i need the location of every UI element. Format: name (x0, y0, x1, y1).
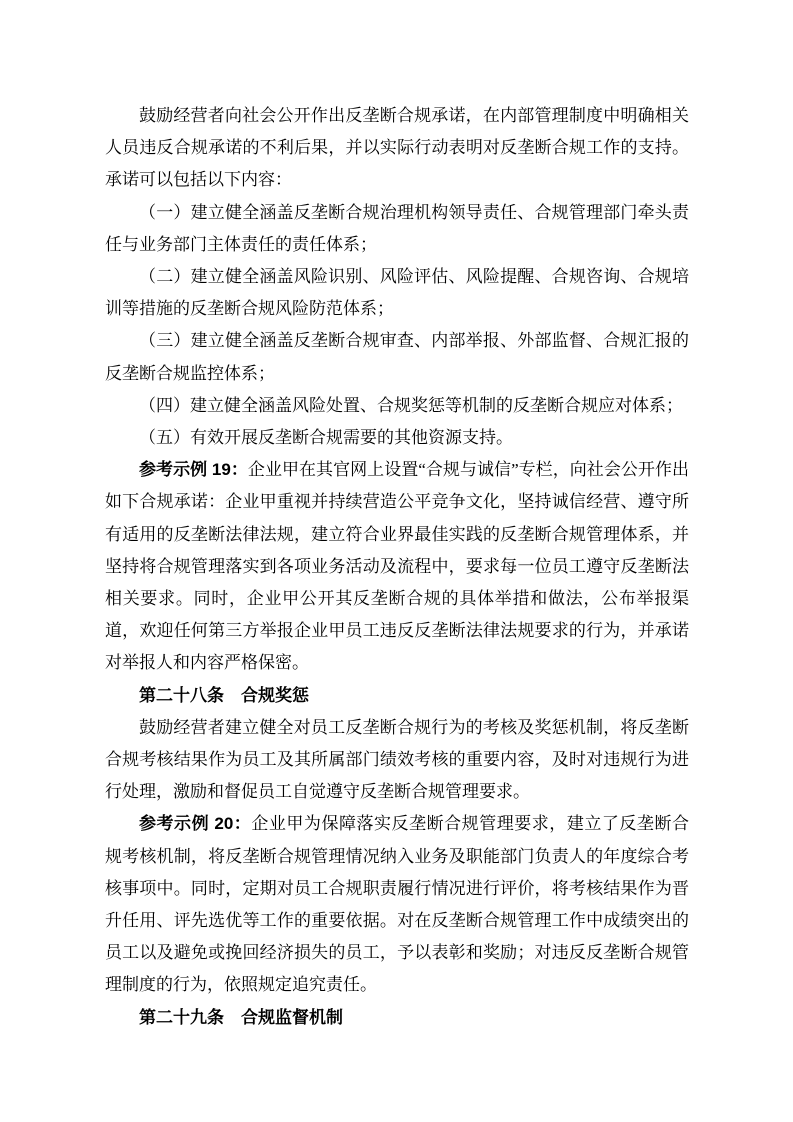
example-20-label: 参考示例 20： (139, 814, 251, 833)
paragraph-commitment-intro: 鼓励经营者向社会公开作出反垄断合规承诺，在内部管理制度中明确相关人员违反合规承诺… (105, 100, 689, 197)
list-item-1: （一）建立健全涵盖反垄断合规治理机构领导责任、合规管理部门牵头责任与业务部门主体… (105, 197, 689, 261)
example-19-paragraph: 参考示例 19：企业甲在其官网上设置“合规与诚信”专栏，向社会公开作出如下合规承… (105, 454, 689, 679)
list-item-4: （四）建立健全涵盖风险处置、合规奖惩等机制的反垄断合规应对体系； (105, 390, 689, 422)
document-body: 鼓励经营者向社会公开作出反垄断合规承诺，在内部管理制度中明确相关人员违反合规承诺… (105, 100, 689, 1034)
example-20-paragraph: 参考示例 20：企业甲为保障落实反垄断合规管理要求，建立了反垄断合规考核机制，将… (105, 808, 689, 1001)
heading-article-28: 第二十八条 合规奖惩 (105, 680, 689, 712)
list-item-5: （五）有效开展反垄断合规需要的其他资源支持。 (105, 422, 689, 454)
heading-article-29: 第二十九条 合规监督机制 (105, 1002, 689, 1034)
paragraph-article-28-body: 鼓励经营者建立健全对员工反垄断合规行为的考核及奖惩机制，将反垄断合规考核结果作为… (105, 712, 689, 809)
example-19-text: 企业甲在其官网上设置“合规与诚信”专栏，向社会公开作出如下合规承诺：企业甲重视并… (105, 460, 689, 672)
list-item-3: （三）建立健全涵盖反垄断合规审查、内部举报、外部监督、合规汇报的反垄断合规监控体… (105, 325, 689, 389)
example-19-label: 参考示例 19： (139, 460, 248, 479)
example-20-text: 企业甲为保障落实反垄断合规管理要求，建立了反垄断合规考核机制，将反垄断合规管理情… (105, 814, 689, 994)
list-item-2: （二）建立健全涵盖风险识别、风险评估、风险提醒、合规咨询、合规培训等措施的反垄断… (105, 261, 689, 325)
document-page: 鼓励经营者向社会公开作出反垄断合规承诺，在内部管理制度中明确相关人员违反合规承诺… (0, 0, 793, 1122)
